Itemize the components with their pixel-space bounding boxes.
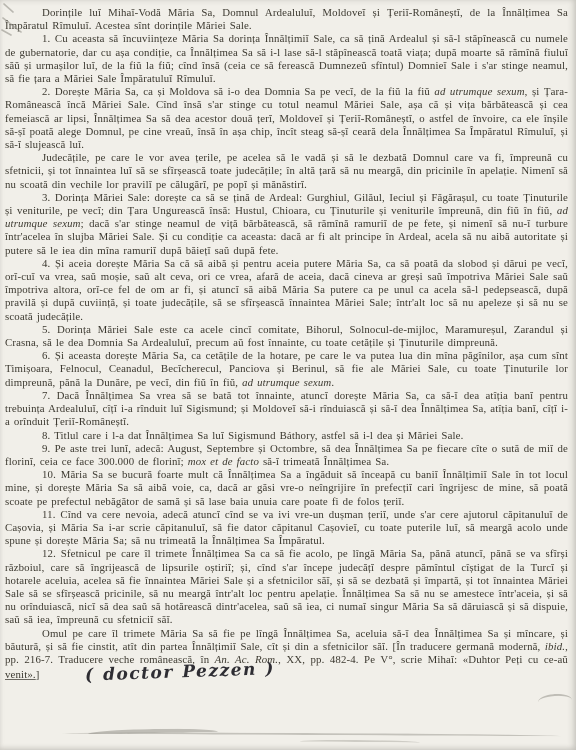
latin-phrase: ad utrumque sexum: [434, 86, 524, 98]
intro-paragraph: Dorințile luĭ Mihaĭ-Vodă Măria Sa, Domnu…: [5, 7, 568, 33]
paragraph-text: Judecățile, pe care le vor avea țerile, …: [5, 152, 568, 190]
paragraph-text: 1. Cu aceasta să încuviințeze Măria Sa d…: [5, 33, 568, 85]
paragraph-6: 6. Și aceasta dorește Măria Sa, ca cetăț…: [5, 350, 568, 390]
citation-ibid: ibid.: [545, 641, 565, 653]
paragraph-text: , XX, pp. 482-4. Pe V°, scrie Mihaĭ: «Du…: [278, 654, 568, 666]
paragraph-2: 2. Dorește Măria Sa, ca și Moldova să i-…: [5, 86, 568, 152]
scanned-document-page: Dorințile luĭ Mihaĭ-Vodă Măria Sa, Domnu…: [0, 0, 576, 750]
scan-corner-mark: [538, 693, 573, 709]
scan-smudge-line: [300, 739, 420, 742]
paragraph-text: Omul pe care îl trimete Măria Sa să fie …: [5, 628, 568, 653]
paragraph-text: 11. Cînd va cere nevoia, adecă atuncĭ cî…: [5, 509, 568, 547]
paragraph-judecatile: Judecățile, pe care le vor avea țerile, …: [5, 152, 568, 192]
paragraph-text: 2. Dorește Măria Sa, ca și Moldova să i-…: [42, 86, 434, 98]
paragraph-4: 4. Și aceia dorește Măria Sa că să aibă …: [5, 258, 568, 324]
paragraph-7: 7. Dacă Înnălțimea Sa vrea să se bată to…: [5, 390, 568, 430]
paragraph-1: 1. Cu aceasta să încuviințeze Măria Sa d…: [5, 33, 568, 86]
paragraph-text: 10. Măria Sa se bucură foarte mult că În…: [5, 469, 568, 507]
paragraph-11: 11. Cînd va cere nevoia, adecă atuncĭ cî…: [5, 509, 568, 549]
paragraph-10: 10. Măria Sa se bucură foarte mult că În…: [5, 469, 568, 509]
paragraph-5: 5. Dorința Măriei Sale este ca acele cin…: [5, 324, 568, 350]
pencil-scribble-mark: [1, 2, 29, 36]
paragraph-9: 9. Pe aste trei lunĭ, adecă: August, Sep…: [5, 443, 568, 469]
paragraph-text: ; dacă s'ar stinge neamul de viță bărbăt…: [5, 218, 568, 256]
paragraph-text: 3. Dorința Măriei Sale: dorește ca să se…: [5, 192, 568, 217]
paragraph-8: 8. Titlul care i l-a dat Înnălțimea Sa l…: [5, 430, 568, 443]
paragraph-text: .: [331, 377, 334, 389]
paragraph-12: 12. Sfetnicul pe care îl trimete Înnălți…: [5, 548, 568, 627]
paragraph-text: 7. Dacă Înnălțimea Sa vrea să se bată to…: [5, 390, 568, 428]
underlined-word: venit».: [5, 669, 36, 681]
paragraph-3: 3. Dorința Măriei Sale: dorește ca să se…: [5, 192, 568, 258]
handwritten-annotation: ( doctor Pezzen ): [47, 663, 274, 684]
paragraph-text: 4. Și aceia dorește Măria Sa că să aibă …: [5, 258, 568, 323]
latin-phrase: mox et de facto: [188, 456, 259, 468]
paragraph-text: 5. Dorința Măriei Sale este ca acele cin…: [5, 324, 568, 349]
paragraph-text: Dorințile luĭ Mihaĭ-Vodă Măria Sa, Domnu…: [5, 7, 568, 32]
closing-paragraph: Omul pe care îl trimete Măria Sa să fie …: [5, 628, 568, 683]
paragraph-text: să-ĭ trimeată Înnălțimea Sa.: [259, 456, 389, 468]
latin-phrase: ad utrumque sexum: [242, 377, 331, 389]
paragraph-text: ]: [36, 669, 40, 681]
paragraph-text: 12. Sfetnicul pe care îl trimete Înnălți…: [5, 548, 568, 626]
paragraph-text: 8. Titlul care i l-a dat Înnălțimea Sa l…: [42, 430, 463, 442]
